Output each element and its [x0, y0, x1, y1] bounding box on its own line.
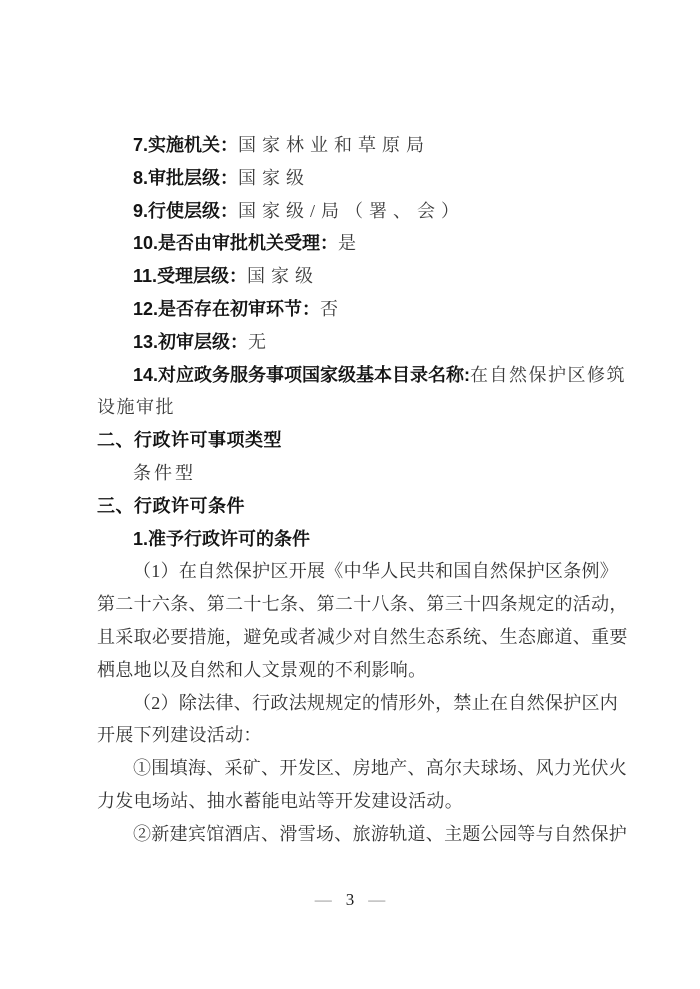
item-7-value: 国家林业和草原局	[238, 135, 430, 155]
item-11-value: 国家级	[247, 266, 319, 286]
list-item-14-continuation: 设施审批	[97, 391, 617, 424]
item-8-value: 国家级	[238, 168, 310, 188]
item-14-value-part1: 在自然保护区修筑	[470, 365, 626, 385]
paragraph-4-line-1: ②新建宾馆酒店、滑雪场、旅游轨道、主题公园等与自然保护	[97, 818, 617, 851]
paragraph-2-line-2: 开展下列建设活动：	[97, 719, 617, 752]
paragraph-1-line-4: 栖息地以及自然和人文景观的不利影响。	[97, 654, 617, 687]
paragraph-1-line-1: （1）在自然保护区开展《中华人民共和国自然保护区条例》	[97, 555, 617, 588]
item-12-value: 否	[320, 299, 344, 319]
list-item-14: 14.对应政务服务事项国家级基本目录名称:在自然保护区修筑	[97, 359, 617, 392]
list-item-10: 10.是否由审批机关受理：是	[97, 227, 617, 260]
item-12-label: 12.是否存在初审环节：	[133, 299, 320, 319]
item-7-label: 7.实施机关：	[133, 135, 238, 155]
paragraph-1-line-2: 第二十六条、第二十七条、第二十八条、第三十四条规定的活动，	[97, 588, 617, 621]
item-13-value: 无	[248, 332, 272, 352]
footer-dash-right: —	[368, 890, 385, 909]
item-14-value-part2: 设施审批	[97, 397, 175, 417]
item-10-label: 10.是否由审批机关受理：	[133, 233, 338, 253]
page-footer: —3—	[0, 886, 700, 914]
section-heading-3: 三、行政许可条件	[97, 490, 617, 523]
list-item-9: 9.行使层级：国家级/局（署、会）	[97, 195, 617, 228]
section-3-subheading: 1.准予行政许可的条件	[97, 523, 617, 556]
paragraph-1-line-3: 且采取必要措施，避免或者减少对自然生态系统、生态廊道、重要	[97, 621, 617, 654]
item-11-label: 11.受理层级：	[133, 266, 247, 286]
list-item-12: 12.是否存在初审环节：否	[97, 293, 617, 326]
list-item-11: 11.受理层级：国家级	[97, 260, 617, 293]
list-item-8: 8.审批层级：国家级	[97, 162, 617, 195]
page-number: 3	[346, 890, 355, 909]
section-2-body: 条件型	[97, 457, 617, 490]
list-item-13: 13.初审层级：无	[97, 326, 617, 359]
item-8-label: 8.审批层级：	[133, 168, 238, 188]
item-14-label: 14.对应政务服务事项国家级基本目录名称:	[133, 365, 470, 385]
paragraph-2-line-1: （2）除法律、行政法规规定的情形外，禁止在自然保护区内	[97, 687, 617, 720]
section-heading-2: 二、行政许可事项类型	[97, 424, 617, 457]
section-2-body-text: 条件型	[133, 463, 196, 483]
item-13-label: 13.初审层级：	[133, 332, 248, 352]
item-9-value: 国家级/局（署、会）	[238, 201, 465, 221]
paragraph-3-line-1: ①围填海、采矿、开发区、房地产、高尔夫球场、风力光伏火	[97, 752, 617, 785]
item-10-value: 是	[338, 233, 362, 253]
document-page: 7.实施机关：国家林业和草原局 8.审批层级：国家级 9.行使层级：国家级/局（…	[0, 0, 700, 989]
item-9-label: 9.行使层级：	[133, 201, 238, 221]
footer-dash-left: —	[315, 890, 332, 909]
paragraph-3-line-2: 力发电场站、抽水蓄能电站等开发建设活动。	[97, 785, 617, 818]
subheading-text: 1.准予行政许可的条件	[133, 529, 310, 549]
document-body: 7.实施机关：国家林业和草原局 8.审批层级：国家级 9.行使层级：国家级/局（…	[97, 129, 617, 851]
list-item-7: 7.实施机关：国家林业和草原局	[97, 129, 617, 162]
